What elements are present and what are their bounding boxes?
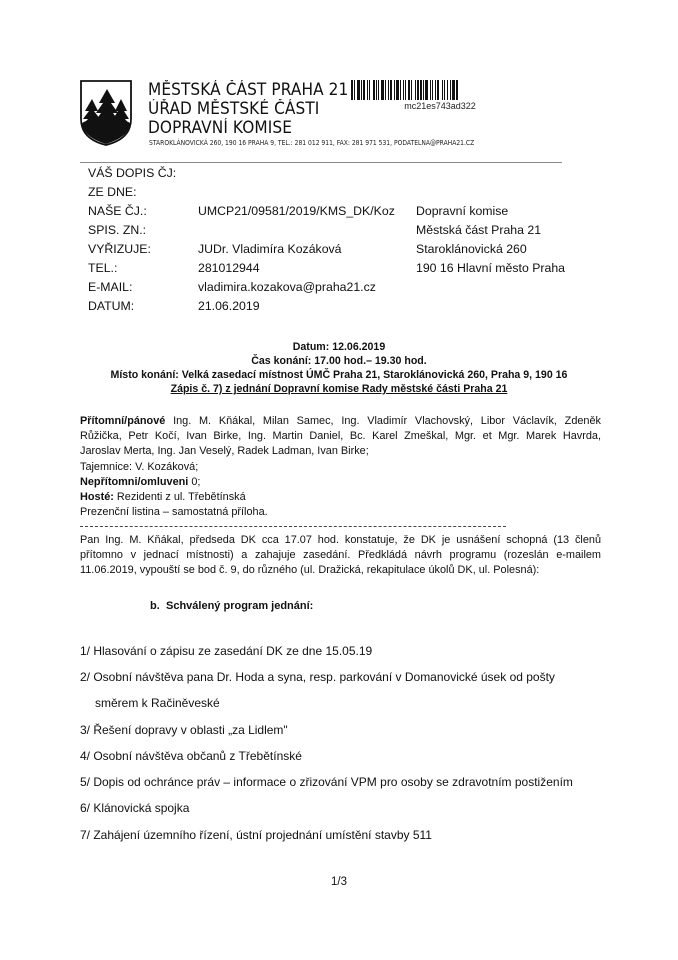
secretary: Tajemnice: V. Kozáková; [80,460,601,475]
reference-value: UMCP21/09581/2019/KMS_DK/Koz [198,203,395,219]
recipient-line: Městská část Praha 21 [416,222,541,238]
recipient-line: Dopravní komise [416,203,508,219]
reference-label: ZE DNE: [88,184,137,200]
program-letter: b. [150,600,166,612]
header-title-line3: DOPRAVNÍ KOMISE [148,118,292,138]
program-item: 1/ Hlasování o zápisu ze zasedání DK ze … [80,643,372,659]
guests-label: Hosté: [80,491,114,503]
reference-value: 281012944 [198,260,260,276]
program-item: 5/ Dopis od ochránce práv – informace o … [80,774,573,790]
reference-label: NAŠE ČJ.: [88,203,147,219]
recipient-line: 190 16 Hlavní město Praha [416,260,565,276]
meeting-place: Místo konání: Velká zasedací místnost ÚM… [0,369,678,382]
absent-label: Nepřítomni/omluveni [80,476,188,488]
reference-value: 21.06.2019 [198,298,260,314]
program-item: směrem k Račiněveské [95,695,220,711]
program-item: 6/ Klánovická spojka [80,800,189,816]
program-item: 2/ Osobní návštěva pana Dr. Hoda a syna,… [80,669,555,685]
attendance-list-note: Prezenční listina – samostatná příloha. [80,505,601,520]
program-heading: b.Schválený program jednání: [150,600,313,612]
header-address: STAROKLÁNOVICKÁ 260, 190 16 PRAHA 9, TEL… [149,139,474,147]
reference-label: DATUM: [88,298,134,314]
reference-label: SPIS. ZN.: [88,222,146,238]
present-label: Přítomní/pánové [80,415,165,427]
coat-of-arms-trees-icon [79,79,133,147]
reference-label: VÁŠ DOPIS ČJ: [88,165,176,181]
program-item: 4/ Osobní návštěva občanů z Třebětínské [80,748,302,764]
program-item: 7/ Zahájení územního řízení, ústní proje… [80,827,432,843]
present-line2: Růžička, Petr Kočí, Ivan Birke, Ing. Mar… [80,429,601,444]
absent-line: Nepřítomni/omluveni 0; [80,475,601,490]
present-line1: Přítomní/pánové Ing. M. Kňákal, Milan Sa… [80,414,601,429]
minutes-title: Zápis č. 7) z jednání Dopravní komise Ra… [0,383,678,396]
reference-label: VYŘIZUJE: [88,241,151,257]
reference-label: E-MAIL: [88,279,132,295]
reference-value: JUDr. Vladimíra Kozáková [198,241,342,257]
meeting-date: Datum: 12.06.2019 [0,341,678,354]
reference-label: TEL.: [88,260,117,276]
page-number: 1/3 [0,876,678,888]
guests-line: Hosté: Rezidenti z ul. Třebětínská [80,490,601,505]
header-divider [80,162,562,163]
minutes-title-text: Zápis č. 7) z jednání Dopravní komise Ra… [171,383,508,395]
opening-paragraph: Pan Ing. M. Kňákal, předseda DK cca 17.0… [80,533,601,579]
present-line3: Jaroslav Merta, Ing. Jan Veselý, Radek L… [80,444,601,459]
recipient-line: Staroklánovická 260 [416,241,527,257]
reference-value: vladimira.kozakova@praha21.cz [198,279,376,295]
barcode-icon [351,80,527,100]
attendance-section: Přítomní/pánové Ing. M. Kňákal, Milan Sa… [80,414,601,520]
header-title-line1: MĚSTSKÁ ČÁST PRAHA 21 [148,80,348,100]
program-item: 3/ Řešení dopravy v oblasti „za Lidlem" [80,722,288,738]
header-title-line2: ÚŘAD MĚSTSKÉ ČÁSTI [148,99,319,119]
barcode-text: mc21es743ad322 [400,101,480,111]
meeting-time: Čas konání: 17.00 hod.– 19.30 hod. [0,355,678,368]
dashed-separator [80,526,506,527]
